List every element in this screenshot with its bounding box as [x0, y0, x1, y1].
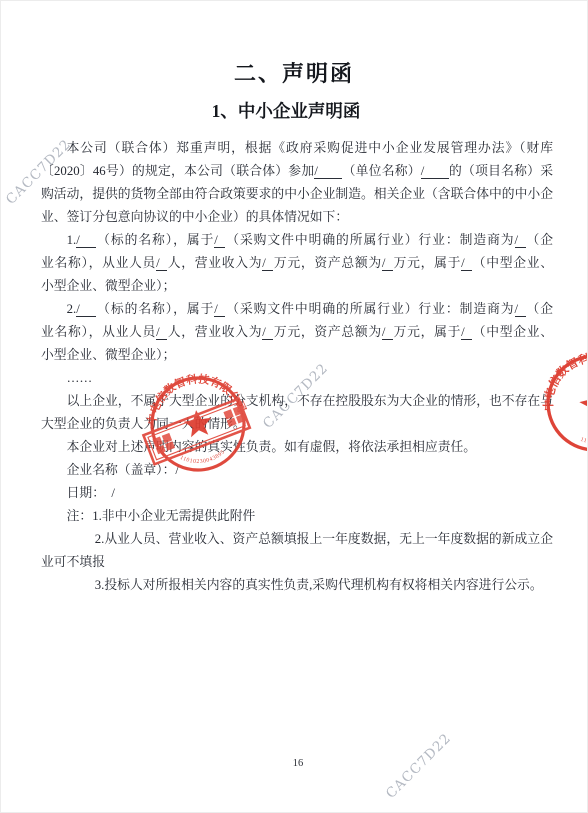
- body-line: 1./（标的名称），属于/（采购文件中明确的所属行业）行业：制造商为/（企: [41, 229, 553, 252]
- body-line: 3.投标人对所报相关内容的真实性负责,采购代理机构有权将相关内容进行公示。: [41, 574, 553, 597]
- body-line: 2./（标的名称），属于/（采购文件中明确的所属行业）行业：制造商为/（企: [41, 298, 553, 321]
- text-run: （企: [526, 233, 553, 247]
- fill-in-blank: /: [156, 256, 167, 271]
- seal-star-icon: [182, 408, 213, 438]
- fill-in-blank: /: [382, 256, 393, 271]
- text-run: （中型企业、: [472, 256, 553, 270]
- text-run: （标的名称），属于: [96, 302, 214, 316]
- body-line: 购活动，提供的货物全部由符合政策要求的中小企业制造。相关企业（含联合体中的中小企: [41, 183, 553, 206]
- body-line: 企业名称（盖章）：/: [41, 459, 553, 482]
- text-run: 注：1.非中小企业无需提供此附件: [67, 509, 256, 523]
- text-run: 小型企业、微型企业）；: [41, 279, 175, 293]
- fill-in-blank: /: [461, 325, 472, 340]
- fill-in-blank: /: [214, 302, 225, 317]
- text-run: （企: [526, 302, 553, 316]
- text-run: 万元，资产总额为: [273, 256, 382, 270]
- text-run: 万元，资产总额为: [273, 325, 382, 339]
- company-seal-stamp: 中电信数智科技有限公司 11010230043895: [128, 354, 268, 494]
- text-run: 人，营业收入为: [167, 256, 262, 270]
- text-run: ……: [67, 371, 93, 385]
- body-line: 业名称），从业人员/人，营业收入为/万元，资产总额为/万元，属于/（中型企业、: [41, 321, 553, 344]
- text-run: 3.投标人对所报相关内容的真实性负责,采购代理机构有权将相关内容进行公示。: [95, 578, 543, 592]
- section-title: 1、中小企业声明函: [0, 98, 579, 123]
- body-line: 注：1.非中小企业无需提供此附件: [41, 505, 553, 528]
- body-line: 日期： /: [41, 482, 553, 505]
- text-run: 业可不填报: [41, 555, 105, 569]
- text-run: 万元，属于: [393, 256, 461, 270]
- fill-in-blank: /: [382, 325, 393, 340]
- body-line: 小型企业、微型企业）；: [41, 344, 553, 367]
- fill-in-blank: /: [515, 302, 526, 317]
- body-line: 小型企业、微型企业）；: [41, 275, 553, 298]
- text-run: （单位名称）: [342, 164, 420, 178]
- body-line: 2.从业人员、营业收入、资产总额填报上一年度数据，无上一年度数据的新成立企: [41, 528, 553, 551]
- page-number: 16: [5, 758, 588, 769]
- text-run: 业名称），从业人员: [41, 325, 156, 339]
- document-page: CACC7D22 CACC7D22 CACC7D22 二、声明函 1、中小企业声…: [0, 0, 588, 813]
- body-line: 业可不填报: [41, 551, 553, 574]
- text-run: 日期： /: [67, 486, 115, 500]
- fill-in-blank: /: [156, 325, 167, 340]
- body-line: 本公司（联合体）郑重声明，根据《政府采购促进中小企业发展管理办法》（财库: [41, 137, 553, 160]
- text-run: 万元，属于: [393, 325, 461, 339]
- fill-in-blank: /: [76, 302, 96, 317]
- fill-in-blank: /: [76, 233, 96, 248]
- fill-in-blank: /: [214, 233, 225, 248]
- text-run: 的（项目名称）采: [449, 164, 553, 178]
- text-run: 本公司（联合体）郑重声明，根据《政府采购促进中小企业发展管理办法》（财库: [67, 141, 553, 155]
- seal-star-icon: [577, 385, 588, 419]
- text-run: 小型企业、微型企业）；: [41, 348, 175, 362]
- text-run: 人，营业收入为: [167, 325, 262, 339]
- body-line: ……: [41, 367, 553, 390]
- text-run: 1.: [67, 233, 77, 247]
- text-run: 本企业对上述声明内容的真实性负责。如有虚假，将依法承担相应责任。: [67, 440, 477, 454]
- text-run: 2.: [67, 302, 77, 316]
- text-run: 购活动，提供的货物全部由符合政策要求的中小企业制造。相关企业（含联合体中的中小企: [41, 187, 553, 201]
- page-title: 二、声明函: [1, 57, 587, 88]
- body-line: 以上企业，不属于大型企业的分支机构，不存在控股股东为大企业的情形，也不存在与: [41, 390, 553, 413]
- text-run: 业、签订分包意向协议的中小企业）的具体情况如下：: [41, 210, 348, 224]
- body-line: 本企业对上述声明内容的真实性负责。如有虚假，将依法承担相应责任。: [41, 436, 553, 459]
- text-run: （采购文件中明确的所属行业）行业：制造商为: [225, 302, 514, 316]
- text-run: 〔2020〕46号）的规定，本公司（联合体）参加: [41, 164, 314, 178]
- fill-in-blank: /: [461, 256, 472, 271]
- fill-in-blank: /: [515, 233, 526, 248]
- text-run: （采购文件中明确的所属行业）行业：制造商为: [225, 233, 514, 247]
- text-run: 业名称），从业人员: [41, 256, 156, 270]
- text-run: 2.从业人员、营业收入、资产总额填报上一年度数据，无上一年度数据的新成立企: [95, 532, 553, 546]
- fill-in-blank: /: [314, 164, 342, 179]
- fill-in-blank: /: [262, 325, 273, 340]
- text-run: （中型企业、: [472, 325, 553, 339]
- body-line: 大型企业的负责人为同一人的情形。: [41, 413, 553, 436]
- fill-in-blank: /: [421, 164, 449, 179]
- body-line: 业名称），从业人员/人，营业收入为/万元，资产总额为/万元，属于/（中型企业、: [41, 252, 553, 275]
- fill-in-blank: /: [262, 256, 273, 271]
- document-body: 本公司（联合体）郑重声明，根据《政府采购促进中小企业发展管理办法》（财库〔202…: [41, 137, 553, 597]
- text-run: （标的名称），属于: [96, 233, 214, 247]
- body-line: 业、签订分包意向协议的中小企业）的具体情况如下：: [41, 206, 553, 229]
- body-line: 〔2020〕46号）的规定，本公司（联合体）参加/（单位名称）/的（项目名称）采: [41, 160, 553, 183]
